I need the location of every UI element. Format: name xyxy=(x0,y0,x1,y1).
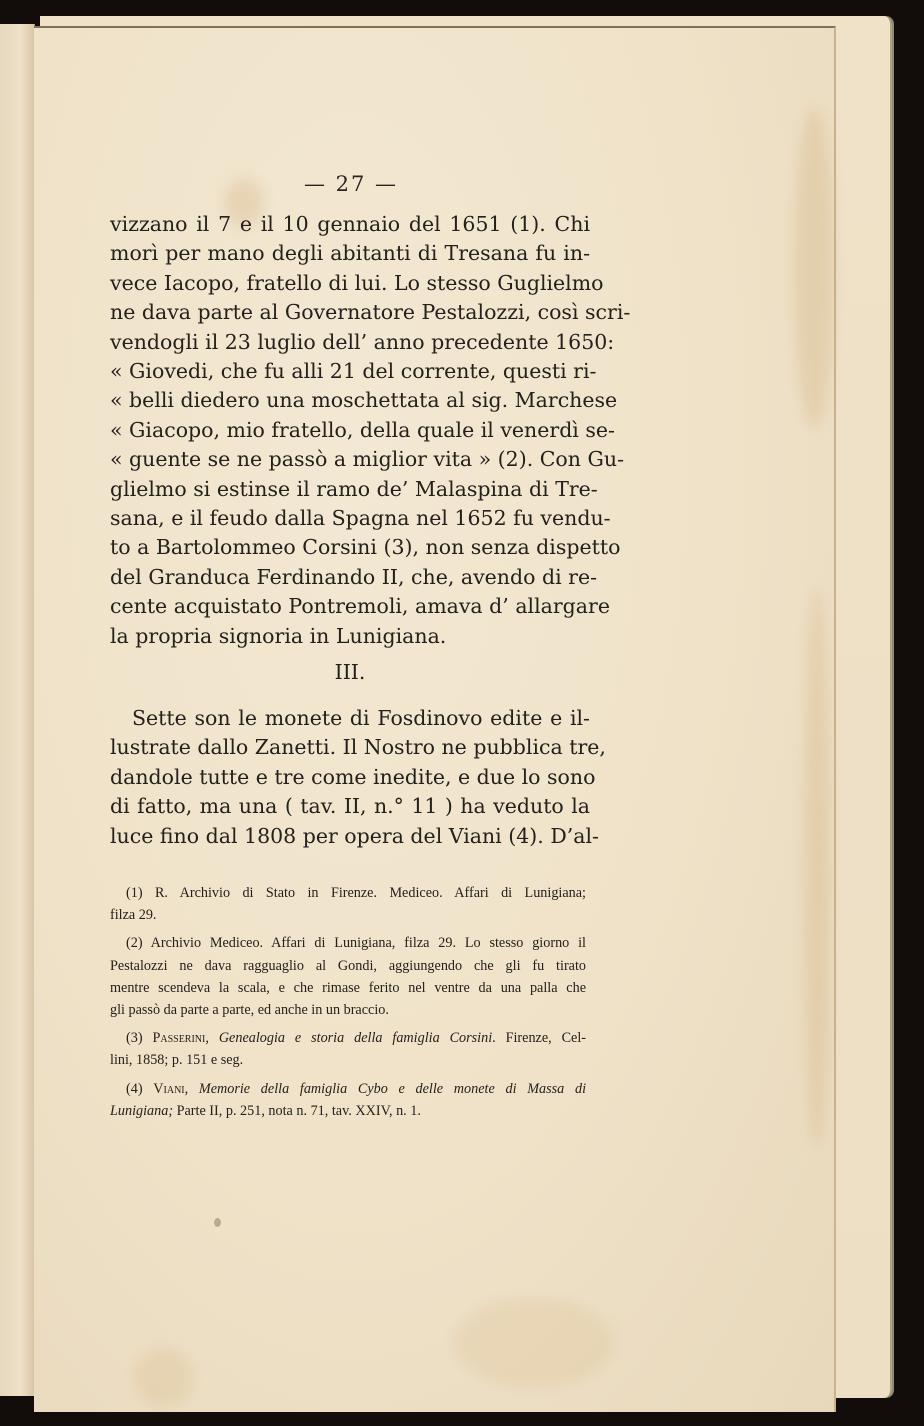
footnote-line: mentre scendeva la scala, e che rimase f… xyxy=(110,977,586,999)
text-line: Sette son le monete di Fosdinovo edite e… xyxy=(110,704,590,733)
footnote-line: (1) R. Archivio di Stato in Firenze. Med… xyxy=(110,882,586,904)
section-heading: III. xyxy=(110,660,590,684)
page-number: — 27 — xyxy=(286,172,416,196)
text-line: morì per mano degli abitanti di Tresana … xyxy=(110,239,590,268)
text-line: cente acquistato Pontremoli, amava d’ al… xyxy=(110,592,590,621)
footnote-line: (3) Passerini, Genealogia e storia della… xyxy=(110,1027,586,1049)
footnote-3: (3) Passerini, Genealogia e storia della… xyxy=(110,1027,586,1071)
text-line: to a Bartolommeo Corsini (3), non senza … xyxy=(110,533,590,562)
text-line: di fatto, ma una ( tav. II, n.° 11 ) ha … xyxy=(110,792,590,821)
footnote-2: (2) Archivio Mediceo. Affari di Lunigian… xyxy=(110,932,586,1021)
footnote-title: Memorie della famiglia Cybo e delle mone… xyxy=(199,1081,586,1097)
text-line: « Giacopo, mio fratello, della quale il … xyxy=(110,416,590,445)
footnote-marker: (3) xyxy=(126,1030,143,1046)
footnotes: (1) R. Archivio di Stato in Firenze. Med… xyxy=(110,882,586,1122)
text-line: « belli diedero una moschettata al sig. … xyxy=(110,386,590,415)
footnote-4: (4) Viani, Memorie della famiglia Cybo e… xyxy=(110,1078,586,1122)
text-line: luce fino dal 1808 per opera del Viani (… xyxy=(110,822,590,851)
footnote-line: Lunigiana; Parte II, p. 251, nota n. 71,… xyxy=(110,1100,586,1122)
footnote-line: (2) Archivio Mediceo. Affari di Lunigian… xyxy=(110,932,586,954)
footnote-text: Parte II, p. 251, nota n. 71, tav. XXIV,… xyxy=(173,1103,421,1119)
text-line: la propria signoria in Lunigiana. xyxy=(110,622,590,651)
paragraph-2: Sette son le monete di Fosdinovo edite e… xyxy=(110,704,590,851)
text-line: « Giovedi, che fu alli 21 del corrente, … xyxy=(110,357,590,386)
paper-stain xyxy=(454,1298,614,1388)
text-line: del Granduca Ferdinando II, che, avendo … xyxy=(110,563,590,592)
paragraph-1: vizzano il 7 e il 10 gennaio del 1651 (1… xyxy=(110,210,590,651)
facing-page-edge xyxy=(0,24,35,1396)
footnote-1: (1) R. Archivio di Stato in Firenze. Med… xyxy=(110,882,586,926)
footnote-author: Viani, xyxy=(153,1081,188,1097)
footnote-line: lini, 1858; p. 151 e seg. xyxy=(110,1049,586,1071)
paper-stain xyxy=(134,1348,194,1408)
footnote-author: Passerini, xyxy=(152,1030,208,1046)
footnote-marker: (4) xyxy=(126,1081,143,1097)
text-line: dandole tutte e tre come inedite, e due … xyxy=(110,763,590,792)
footnote-line: filza 29. xyxy=(110,904,586,926)
text-line: vendogli il 23 luglio dell’ anno precede… xyxy=(110,328,590,357)
paper-blemish xyxy=(214,1218,221,1227)
footnote-line: (4) Viani, Memorie della famiglia Cybo e… xyxy=(110,1078,586,1100)
text-line: vece Iacopo, fratello di lui. Lo stesso … xyxy=(110,269,590,298)
text-line: sana, e il feudo dalla Spagna nel 1652 f… xyxy=(110,504,590,533)
paper-stain xyxy=(804,588,830,1148)
text-line: lustrate dallo Zanetti. Il Nostro ne pub… xyxy=(110,733,590,762)
paper-stain xyxy=(794,108,834,428)
footnote-title: Genealogia e storia della famiglia Corsi… xyxy=(219,1030,492,1046)
text-line: glielmo si estinse il ramo de’ Malaspina… xyxy=(110,475,590,504)
text-line: « guente se ne passò a miglior vita » (2… xyxy=(110,445,590,474)
footnote-line: Pestalozzi ne dava ragguaglio al Gondi, … xyxy=(110,955,586,977)
footnote-title: Lunigiana; xyxy=(110,1103,173,1119)
footnote-line: gli passò da parte a parte, ed anche in … xyxy=(110,999,586,1021)
footnote-text: . Firenze, Cel- xyxy=(492,1030,586,1046)
text-line: vizzano il 7 e il 10 gennaio del 1651 (1… xyxy=(110,210,590,239)
text-line: ne dava parte al Governatore Pestalozzi,… xyxy=(110,298,590,327)
